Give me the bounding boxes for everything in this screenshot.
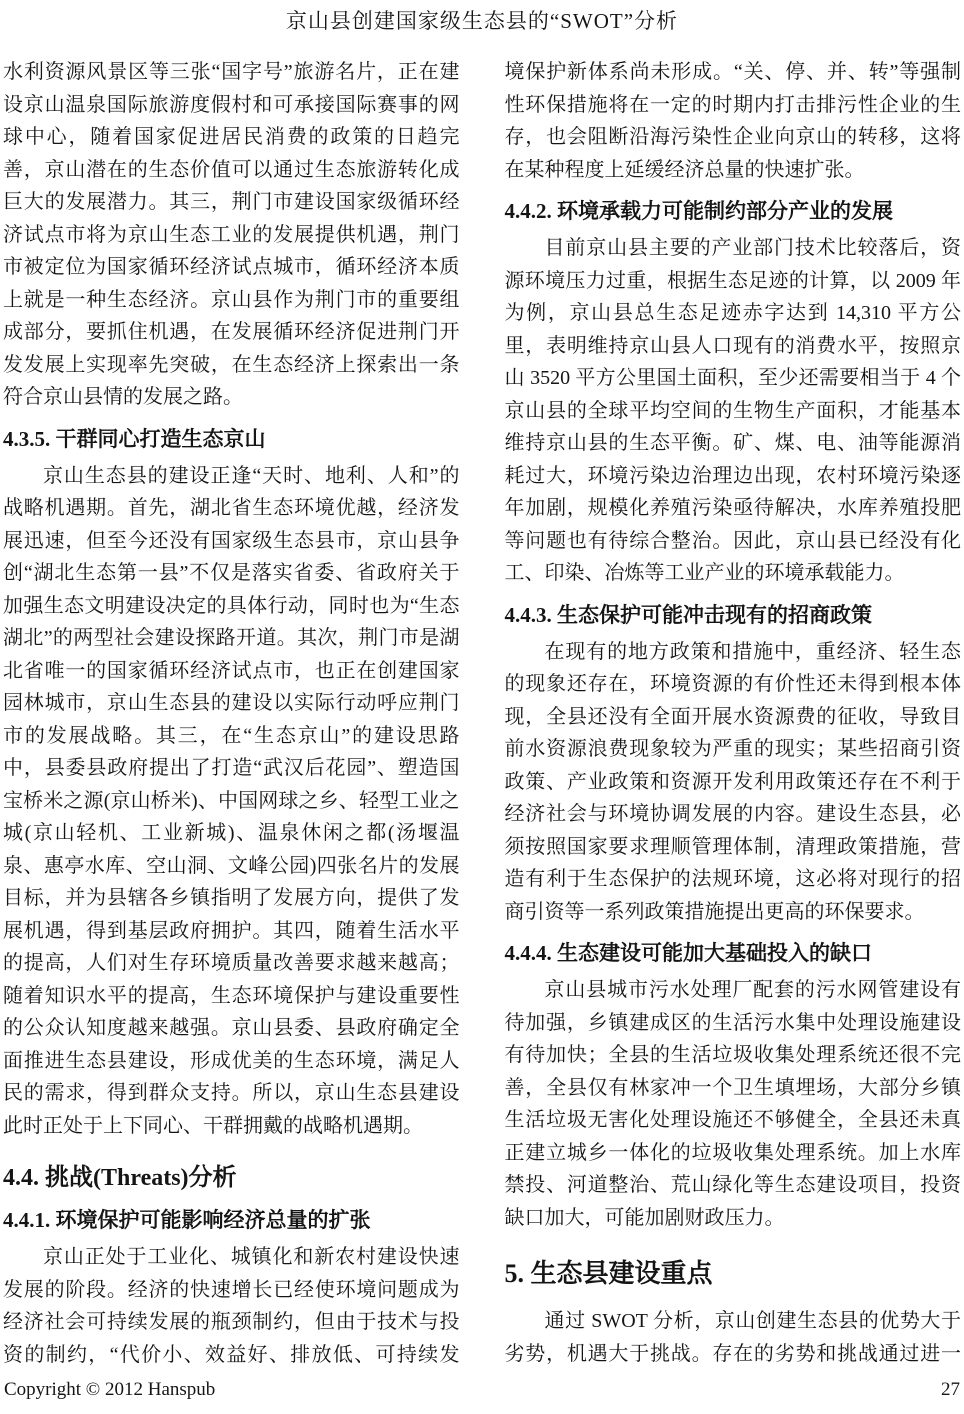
two-column-body: 水利资源风景区等三张“国字号”旅游名片，正在建设京山温泉国际旅游度假村和可承接国… (3, 56, 961, 1372)
heading-4-4-4: 4.4.4. 生态建设可能加大基础投入的缺口 (505, 940, 962, 966)
running-title: 京山县创建国家级生态县的“SWOT”分析 (3, 8, 961, 34)
paragraph-4-3-5: 京山生态县的建设正逢“天时、地利、人和”的战略机遇期。首先，湖北省生态环境优越，… (3, 460, 460, 1143)
heading-4-3-5: 4.3.5. 干群同心打造生态京山 (3, 426, 460, 452)
heading-4-4-1: 4.4.1. 环境保护可能影响经济总量的扩张 (3, 1207, 460, 1233)
heading-4-4-threats: 4.4. 挑战(Threats)分析 (3, 1164, 460, 1193)
paragraph-5: 通过 SWOT 分析，京山创建生态县的优势大于劣势，机遇大于挑战。存在的劣势和挑… (505, 1305, 962, 1372)
paragraph-4-4-1-continuation: 境保护新体系尚未形成。“关、停、并、转”等强制性环保措施将在一定的时期内打击排污… (505, 56, 962, 186)
heading-5-key-points: 5. 生态县建设重点 (505, 1258, 962, 1289)
paragraph-4-4-2: 目前京山县主要的产业部门技术比较落后，资源环境压力过重，根据生态足迹的计算，以 … (505, 232, 962, 590)
copyright-text: Copyright © 2012 Hanspub (4, 1378, 215, 1402)
heading-4-4-3: 4.4.3. 生态保护可能冲击现有的招商政策 (505, 602, 962, 628)
heading-4-4-2: 4.4.2. 环境承载力可能制约部分产业的发展 (505, 198, 962, 224)
paragraph-4-4-3: 在现有的地方政策和措施中，重经济、轻生态的现象还存在，环境资源的有价性还未得到根… (505, 636, 962, 929)
page-number: 27 (941, 1378, 960, 1402)
paragraph-4-4-1: 京山正处于工业化、城镇化和新农村建设快速发展的阶段。经济的快速增长已经使环境问题… (3, 1241, 460, 1372)
right-column: 境保护新体系尚未形成。“关、停、并、转”等强制性环保措施将在一定的时期内打击排污… (505, 56, 962, 1372)
paragraph-4-4-4: 京山县城市污水处理厂配套的污水网管建设有待加强，乡镇建成区的生活污水集中处理设施… (505, 974, 962, 1234)
page-footer: Copyright © 2012 Hanspub 27 (3, 1372, 961, 1404)
left-column: 水利资源风景区等三张“国字号”旅游名片，正在建设京山温泉国际旅游度假村和可承接国… (3, 56, 460, 1372)
paragraph-tourism-opportunity-continuation: 水利资源风景区等三张“国字号”旅游名片，正在建设京山温泉国际旅游度假村和可承接国… (3, 56, 460, 414)
paper-page: 京山县创建国家级生态县的“SWOT”分析 水利资源风景区等三张“国字号”旅游名片… (0, 0, 964, 1414)
